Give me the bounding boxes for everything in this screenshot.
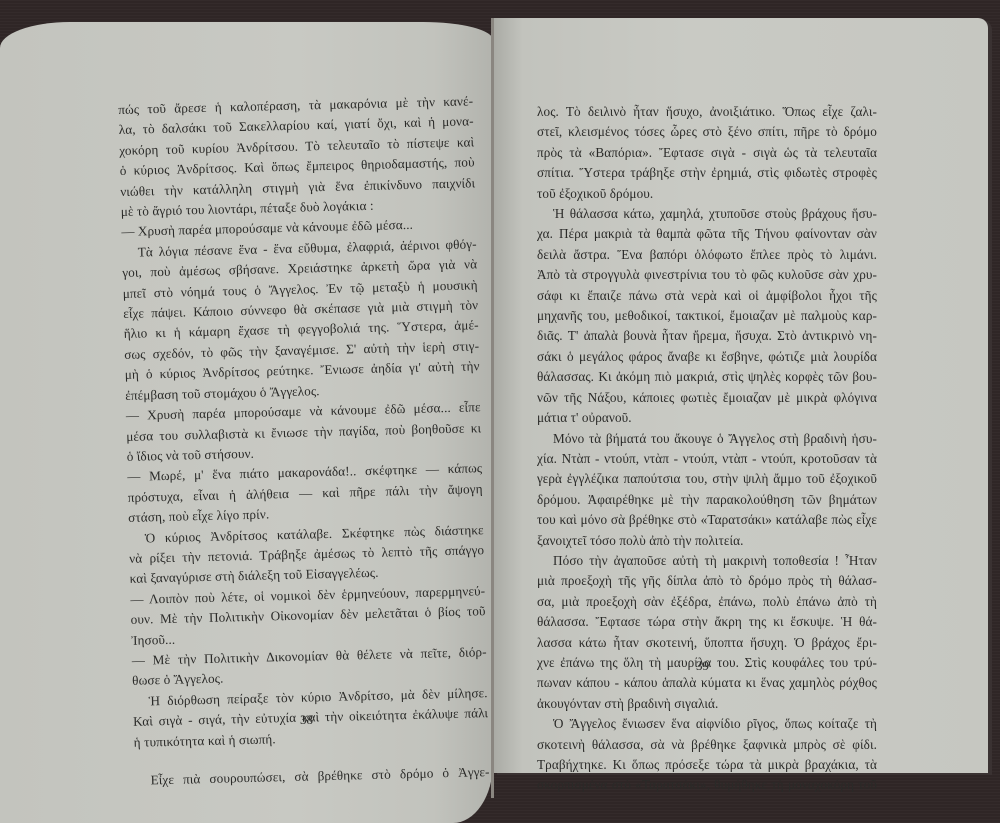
text-line: Ἀπὸ τὰ στρογγυλὰ φινεστρίνια του τὸ φῶς …: [537, 265, 877, 285]
right-book-page: λος. Τὸ δειλινὸ ἦταν ἥσυχο, ἀνοιξιάτικο.…: [493, 18, 988, 773]
left-book-page: πώς τοῦ ἄρεσε ἡ καλοπέραση, τὰ μακαρόνια…: [0, 22, 493, 823]
text-line: τοῦ ἐξοχικοῦ δρόμου.: [537, 184, 877, 204]
page-number: 38: [300, 712, 313, 728]
text-line: λος. Τὸ δειλινὸ ἦταν ἥσυχο, ἀνοιξιάτικο.…: [537, 102, 877, 122]
text-line: σκοτεινὴ θάλασσα, σὰ νὰ βρέθηκε ξαφνικὰ …: [537, 735, 877, 755]
text-line: Τραβήχτηκε. Κι ὅπως πρόσεξε τώρα τὰ μικρ…: [537, 755, 877, 775]
text-line: δειλὰ ἄστρα. Ἕνα βαπόρι ὁλόφωτο ἔπλεε πρ…: [537, 245, 877, 265]
text-line: μηχανῆς του, μεθοδικοί, τακτικοί, ἔμοιαζ…: [537, 306, 877, 326]
text-line: Ὁ Ἄγγελος ἔνιωσεν ἕνα αἰφνίδιο ρῖγος, ὅπ…: [537, 714, 877, 734]
text-line: θάλασσας. Κι ἀκόμη πιὸ μακριά, στὶς ψηλὲ…: [537, 367, 877, 387]
text-line: σα, μιὰ προεξοχὴ σὰν ἐξέδρα, ἐπάνω, πολὺ…: [537, 592, 877, 612]
text-line: θάλασσα. Ἔφτασε τώρα στὴν ἄκρη της κι ἔσ…: [537, 612, 877, 632]
text-line: Εἶχε πιὰ σουρουπώσει, σὰ βρέθηκε στὸ δρό…: [134, 762, 489, 791]
text-line: σπίτια. Ὕστερα τράβηξε στὴν ἐρημιά, στὶς…: [537, 163, 877, 183]
right-page-text: λος. Τὸ δειλινὸ ἦταν ἥσυχο, ἀνοιξιάτικο.…: [537, 102, 877, 796]
text-line: πωναν κάπου - κάπου ἁπαλὰ κύματα κι ἕνας…: [537, 673, 877, 693]
text-line: ξανοιχτεῖ τόσο πολὺ ἀπὸ τὴν πολιτεία.: [537, 531, 877, 551]
text-line: ἀκουγόνταν στὴ βραδινὴ σιγαλιά.: [537, 694, 877, 714]
text-line: νῶν τῆς Νάξου, κάποιες φωτιὲς ἔμοιαζαν μ…: [537, 388, 877, 408]
text-line: λασσα κάτω ἦταν σκοτεινή, ὕποπτα ἥσυχη. …: [537, 633, 877, 653]
page-number: 39: [696, 658, 709, 674]
text-line: χία. Ντὰπ - ντούπ, ντὰπ - ντούπ, ντὰπ - …: [537, 449, 877, 469]
text-line: σάφι κι ἔπαιζε πάνω στὰ νερὰ καὶ οἱ ἀμφί…: [537, 286, 877, 306]
text-line: του καὶ μόνο σὰ βρέθηκε στὸ «Ταρατσάκι» …: [537, 510, 877, 530]
book-spine-gutter: [491, 18, 494, 798]
text-line: στεῖ, κλεισμένος τόσες ὧρες στὸ ξένο σπί…: [537, 122, 877, 142]
text-line: διᾶς. Τ' ἀπαλὰ βουνὰ ἦταν ἤρεμα, ἥσυχα. …: [537, 326, 877, 346]
text-line: Πόσο τὴν ἀγαποῦσε αὐτὴ τὴ μακρινὴ τοποθε…: [537, 551, 877, 571]
text-line: δρόμου. Ἀφαιρέθηκε μὲ τὴν παρακολούθηση …: [537, 490, 877, 510]
text-line: γερὰ ἐγγλέζικα παπούτσια του, στὴν ψιλὴ …: [537, 469, 877, 489]
text-line: σάκι ὁ μεγάλος φάρος ἄναβε κι ἔσβηνε, φώ…: [537, 347, 877, 367]
left-page-text: πώς τοῦ ἄρεσε ἡ καλοπέραση, τὰ μακαρόνια…: [118, 91, 490, 791]
text-line: Ἡ θάλασσα κάτω, χαμηλά, χτυποῦσε στοὺς β…: [537, 204, 877, 224]
text-line: πρὸς τὰ «Βαπόρια». Ἔφτασε σιγὰ - σιγὰ ὡς…: [537, 143, 877, 163]
text-line: χα. Πέρα μακριὰ τὰ θαμπὰ φῶτα τῆς Τήνου …: [537, 224, 877, 244]
text-line: μιὰ προεξοχὴ τῆς γῆς δίπλα ἀπὸ τὸ δρόμο …: [537, 571, 877, 591]
text-line: Μόνο τὰ βήματά του ἄκουγε ὁ Ἄγγελος στὴ …: [537, 429, 877, 449]
text-line: σκορπισμένα στὸ «Ταρατσάκι», θυμήθηκε τὴ…: [537, 775, 877, 795]
text-line: μάτια τ' οὐρανοῦ.: [537, 408, 877, 428]
